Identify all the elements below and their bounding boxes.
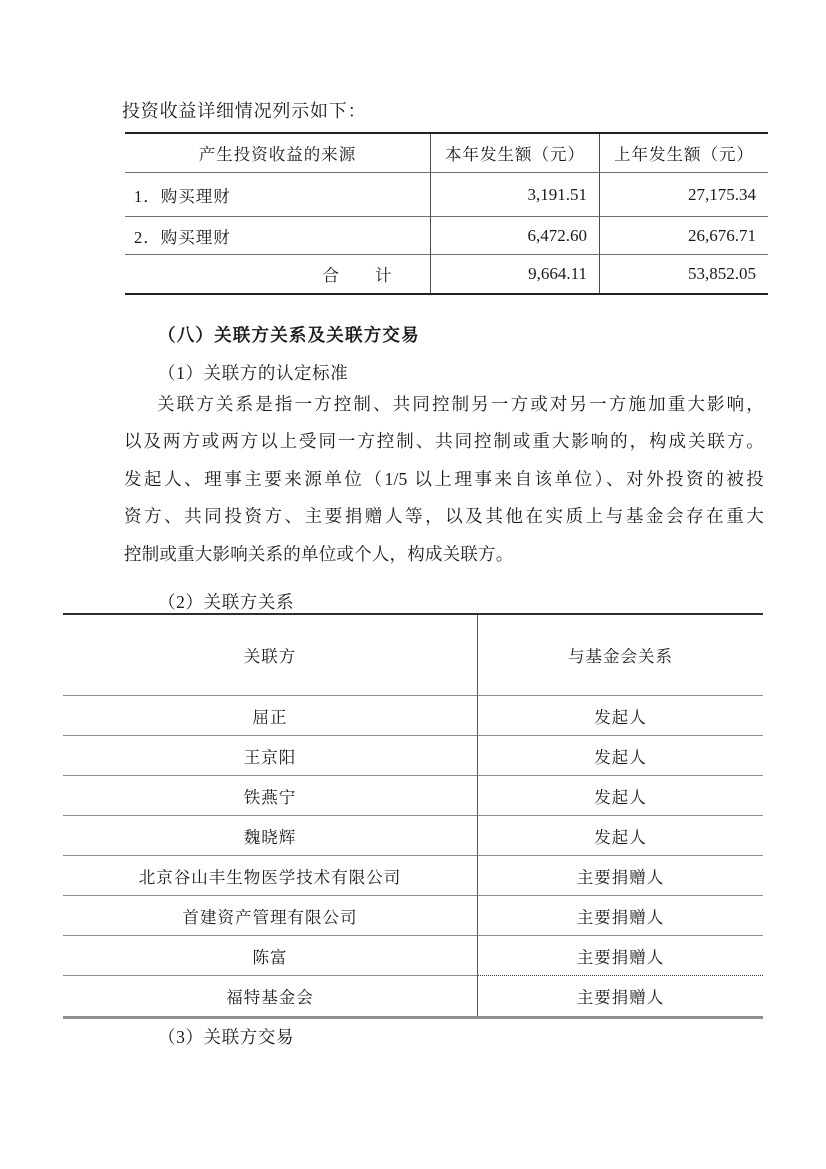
income-row1-source: 1．购买理财 (125, 173, 430, 217)
related-row7-party: 陈富 (63, 936, 477, 976)
related-row2-party: 王京阳 (63, 736, 477, 776)
subheading-related-party-transactions: （3）关联方交易 (158, 1024, 294, 1049)
income-total-prior-amount: 53,852.05 (600, 255, 768, 293)
related-row2-relation: 发起人 (477, 736, 763, 776)
income-header-current-year: 本年发生额（元） (430, 134, 600, 173)
related-row4-relation: 发起人 (477, 816, 763, 856)
income-row2-current-amount: 6,472.60 (430, 217, 600, 255)
paragraph-line: 以及两方或两方以上受同一方控制、共同控制或重大影响的，构成关联方。 (124, 423, 764, 460)
related-header-party: 关联方 (63, 615, 477, 696)
income-row2-source: 2．购买理财 (125, 217, 430, 255)
related-row6-party: 首建资产管理有限公司 (63, 896, 477, 936)
related-parties-table: 关联方 与基金会关系 屈正 发起人 王京阳 发起人 铁燕宁 发起人 魏晓辉 发起… (63, 613, 763, 1019)
related-row5-party: 北京谷山丰生物医学技术有限公司 (63, 856, 477, 896)
related-row8-party: 福特基金会 (63, 976, 477, 1016)
subheading-related-party-relations: （2）关联方关系 (158, 589, 294, 614)
document-page: 投资收益详细情况列示如下： 产生投资收益的来源 本年发生额（元） 上年发生额（元… (0, 0, 826, 1169)
section-heading-related-party: （八）关联方关系及关联方交易 (158, 322, 420, 347)
related-row1-party: 屈正 (63, 696, 477, 736)
income-header-prior-year: 上年发生额（元） (600, 134, 768, 173)
paragraph-line: 控制或重大影响关系的单位或个人，构成关联方。 (124, 536, 764, 573)
income-row2-prior-amount: 26,676.71 (600, 217, 768, 255)
related-header-relation: 与基金会关系 (477, 615, 763, 696)
paragraph-line: 发起人、理事主要来源单位（1/5 以上理事来自该单位）、对外投资的被投 (124, 461, 764, 498)
income-total-current-amount: 9,664.11 (430, 255, 600, 293)
related-party-definition-paragraph: 关联方关系是指一方控制、共同控制另一方或对另一方施加重大影响， 以及两方或两方以… (124, 386, 764, 573)
income-header-source: 产生投资收益的来源 (125, 134, 430, 173)
related-row8-relation: 主要捐赠人 (477, 976, 763, 1016)
intro-text: 投资收益详细情况列示如下： (122, 97, 366, 123)
related-row3-relation: 发起人 (477, 776, 763, 816)
income-row1-prior-amount: 27,175.34 (600, 173, 768, 217)
related-row4-party: 魏晓辉 (63, 816, 477, 856)
paragraph-line: 关联方关系是指一方控制、共同控制另一方或对另一方施加重大影响， (124, 386, 764, 423)
related-row1-relation: 发起人 (477, 696, 763, 736)
paragraph-line: 资方、共同投资方、主要捐赠人等，以及其他在实质上与基金会存在重大 (124, 498, 764, 535)
related-row3-party: 铁燕宁 (63, 776, 477, 816)
income-row1-current-amount: 3,191.51 (430, 173, 600, 217)
related-row5-relation: 主要捐赠人 (477, 856, 763, 896)
related-row7-relation: 主要捐赠人 (477, 936, 763, 976)
subheading-recognition-criteria: （1）关联方的认定标准 (158, 360, 348, 385)
income-total-label: 合 计 (125, 255, 430, 293)
investment-income-table: 产生投资收益的来源 本年发生额（元） 上年发生额（元） 1．购买理财 3,191… (125, 132, 768, 295)
related-row6-relation: 主要捐赠人 (477, 896, 763, 936)
